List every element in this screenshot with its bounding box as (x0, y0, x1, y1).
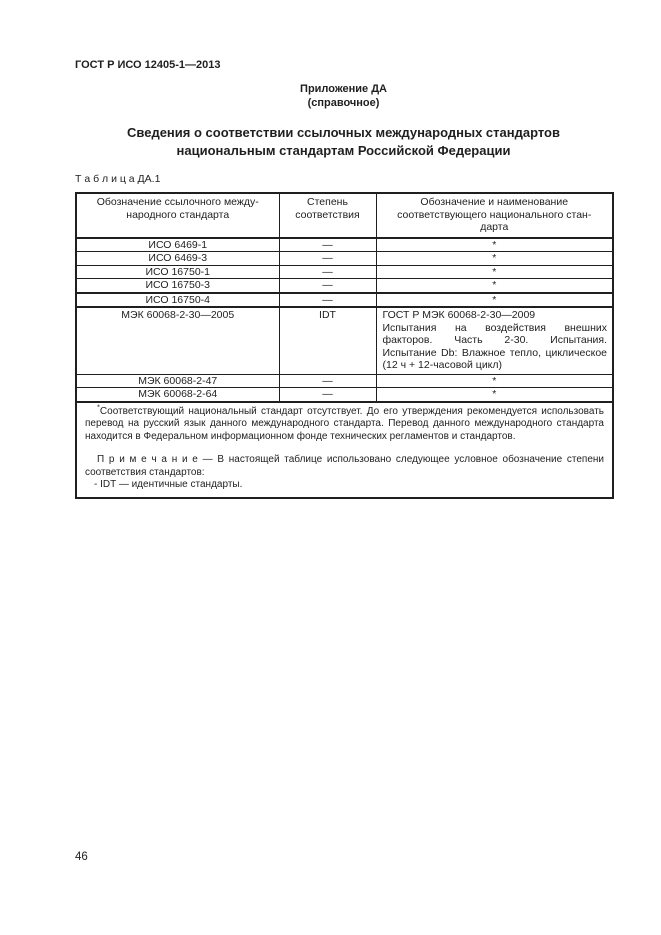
correspondence-table: Обозначение ссылочного между- народного … (75, 192, 614, 499)
table-row: ИСО 16750-1 — * (76, 265, 613, 279)
cell-national-standard: * (376, 265, 613, 279)
cell-degree: — (279, 293, 376, 308)
table-note-item: - IDT — идентичные стандарты. (85, 479, 604, 492)
col-header-international-standard: Обозначение ссылочного между- народного … (76, 193, 279, 238)
table-row: МЭК 60068-2-64 — * (76, 388, 613, 402)
cell-international-standard: ИСО 6469-1 (76, 238, 279, 252)
footnote-body: Соответствующий национальный стандарт от… (85, 406, 604, 442)
table-caption: Т а б л и ц а ДА.1 (75, 173, 612, 186)
cell-international-standard: ИСО 6469-3 (76, 252, 279, 266)
cell-national-standard: * (376, 388, 613, 402)
cell-national-standard: * (376, 252, 613, 266)
table-footnote-row: *Соответствующий национальный стандарт о… (76, 402, 613, 498)
col-header-degree: Степень соответствия (279, 193, 376, 238)
document-page: ГОСТ Р ИСО 12405-1—2013 Приложение ДА (с… (0, 0, 661, 935)
annex-name: Приложение ДА (75, 83, 612, 97)
cell-international-standard: ИСО 16750-3 (76, 279, 279, 293)
page-title: Сведения о соответствии ссылочных междун… (75, 124, 612, 159)
table-footnote: *Соответствующий национальный стандарт о… (85, 406, 604, 444)
cell-international-standard: ИСО 16750-4 (76, 293, 279, 308)
cell-national-standard: * (376, 279, 613, 293)
cell-degree: — (279, 238, 376, 252)
table-row: ИСО 16750-4 — * (76, 293, 613, 308)
col-header-national-standard: Обозначение и наименование соответствующ… (376, 193, 613, 238)
cell-national-standard: * (376, 293, 613, 308)
doc-number: ГОСТ Р ИСО 12405-1—2013 (75, 59, 612, 72)
cell-degree: — (279, 252, 376, 266)
cell-international-standard: МЭК 60068-2-47 (76, 374, 279, 388)
table-row: МЭК 60068-2-47 — * (76, 374, 613, 388)
page-number: 46 (75, 851, 88, 863)
table-row: ИСО 6469-3 — * (76, 252, 613, 266)
annex-heading: Приложение ДА (справочное) (75, 83, 612, 110)
table-note: П р и м е ч а н и е — В настоящей таблиц… (85, 454, 604, 479)
cell-international-standard: МЭК 60068-2-64 (76, 388, 279, 402)
cell-degree: IDT (279, 307, 376, 374)
table-row: ИСО 16750-3 — * (76, 279, 613, 293)
table-header-row: Обозначение ссылочного между- народного … (76, 193, 613, 238)
cell-national-standard: ГОСТ Р МЭК 60068-2-30—2009 Испытания на … (376, 307, 613, 374)
cell-degree: — (279, 279, 376, 293)
cell-degree: — (279, 388, 376, 402)
cell-degree: — (279, 265, 376, 279)
annex-type: (справочное) (75, 97, 612, 111)
cell-degree: — (279, 374, 376, 388)
cell-international-standard: ИСО 16750-1 (76, 265, 279, 279)
page-content: ГОСТ Р ИСО 12405-1—2013 Приложение ДА (с… (75, 59, 612, 499)
cell-international-standard: МЭК 60068-2-30—2005 (76, 307, 279, 374)
footnote-cell: *Соответствующий национальный стандарт о… (76, 402, 613, 498)
table-row: МЭК 60068-2-30—2005 IDT ГОСТ Р МЭК 60068… (76, 307, 613, 374)
table-row: ИСО 6469-1 — * (76, 238, 613, 252)
cell-national-standard: * (376, 238, 613, 252)
cell-national-standard: * (376, 374, 613, 388)
